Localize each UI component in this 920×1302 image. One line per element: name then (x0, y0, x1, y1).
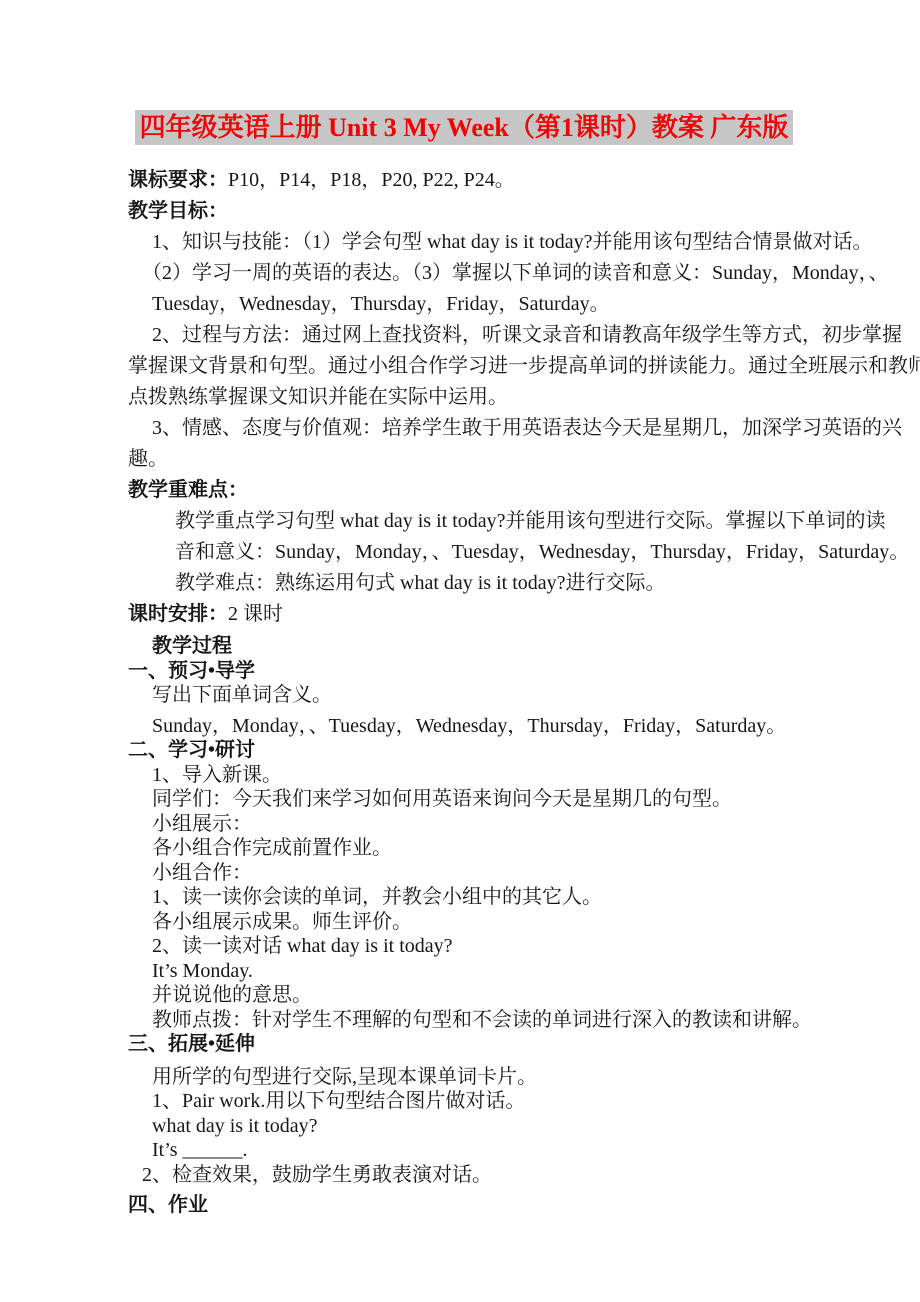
doc-text-line: 趣。 (128, 444, 800, 475)
doc-text-line: 写出下面单词含义。 (128, 683, 800, 708)
document-content: 四年级英语上册 Unit 3 My Week（第1课时）教案 广东版 课标要求：… (128, 110, 800, 1218)
doc-text-line: 课时安排：2 课时 (128, 599, 800, 630)
doc-text-line: 1、Pair work.用以下句型结合图片做对话。 (128, 1089, 800, 1114)
doc-text-line: 2、过程与方法：通过网上查找资料，听课文录音和请教高年级学生等方式，初步掌握 (128, 320, 800, 351)
doc-text-line: 各小组展示成果。师生评价。 (128, 910, 800, 935)
doc-text-line: 同学们：今天我们来学习如何用英语来询问今天是星期几的句型。 (128, 787, 800, 812)
doc-text-line: It’s Monday. (128, 959, 800, 984)
doc-line-label: 课时安排： (128, 603, 228, 625)
doc-text-line: 2、检查效果，鼓励学生勇敢表演对话。 (128, 1163, 800, 1188)
doc-heading-line: 三、拓展•延伸 (128, 1032, 800, 1057)
doc-heading-line: 二、学习•研讨 (128, 738, 800, 763)
document-page: 四年级英语上册 Unit 3 My Week（第1课时）教案 广东版 课标要求：… (0, 0, 920, 1302)
doc-text-line: 小组合作： (128, 861, 800, 886)
doc-heading-line: 教学目标： (128, 196, 800, 227)
doc-text-line: 教学重点学习句型 what day is it today?并能用该句型进行交际… (128, 506, 800, 537)
doc-heading-line: 一、预习•导学 (128, 659, 800, 684)
doc-text-line: 教师点拨：针对学生不理解的句型和不会读的单词进行深入的教读和讲解。 (128, 1008, 800, 1033)
doc-text-line: 1、导入新课。 (128, 763, 800, 788)
doc-text-line: 掌握课文背景和句型。通过小组合作学习进一步提高单词的拼读能力。通过全班展示和教师 (128, 351, 800, 382)
doc-text-line: 小组展示： (128, 812, 800, 837)
doc-heading-line: 教学过程 (128, 634, 800, 659)
doc-text-line: 1、知识与技能：（1）学会句型 what day is it today?并能用… (128, 227, 800, 258)
doc-text-line: 1、读一读你会读的单词，并教会小组中的其它人。 (128, 885, 800, 910)
doc-line-label: 课标要求： (128, 169, 228, 191)
doc-text-line: 教学难点：熟练运用句式 what day is it today?进行交际。 (128, 568, 800, 599)
doc-text-line: 并说说他的意思。 (128, 983, 800, 1008)
title-row: 四年级英语上册 Unit 3 My Week（第1课时）教案 广东版 (128, 110, 800, 150)
doc-text-line: 用所学的句型进行交际,呈现本课单词卡片。 (128, 1065, 800, 1090)
doc-heading-line: 教学重难点： (128, 475, 800, 506)
doc-text-line: 课标要求：P10，P14，P18，P20, P22, P24。 (128, 165, 800, 196)
doc-text-line: （2）学习一周的英语的表达。（3）掌握以下单词的读音和意义：Sunday，Mon… (128, 258, 800, 289)
document-title: 四年级英语上册 Unit 3 My Week（第1课时）教案 广东版 (135, 110, 794, 145)
doc-text-line: 3、情感、态度与价值观：培养学生敢于用英语表达今天是星期几，加深学习英语的兴 (128, 413, 800, 444)
doc-text-line: what day is it today? (128, 1114, 800, 1139)
doc-text-line: It’s ______. (128, 1138, 800, 1163)
doc-text-line: 点拨熟练掌握课文知识并能在实际中运用。 (128, 382, 800, 413)
doc-text-line: Sunday，Monday，、Tuesday，Wednesday，Thursda… (128, 714, 800, 739)
doc-heading-line: 四、作业 (128, 1193, 800, 1218)
doc-text-line: 音和意义：Sunday，Monday，、Tuesday，Wednesday，Th… (128, 537, 800, 568)
doc-text-line: 各小组合作完成前置作业。 (128, 836, 800, 861)
document-body: 课标要求：P10，P14，P18，P20, P22, P24。教学目标：1、知识… (128, 165, 800, 1218)
doc-text-line: Tuesday，Wednesday，Thursday，Friday，Saturd… (128, 289, 800, 320)
doc-text-line: 2、读一读对话 what day is it today? (128, 934, 800, 959)
